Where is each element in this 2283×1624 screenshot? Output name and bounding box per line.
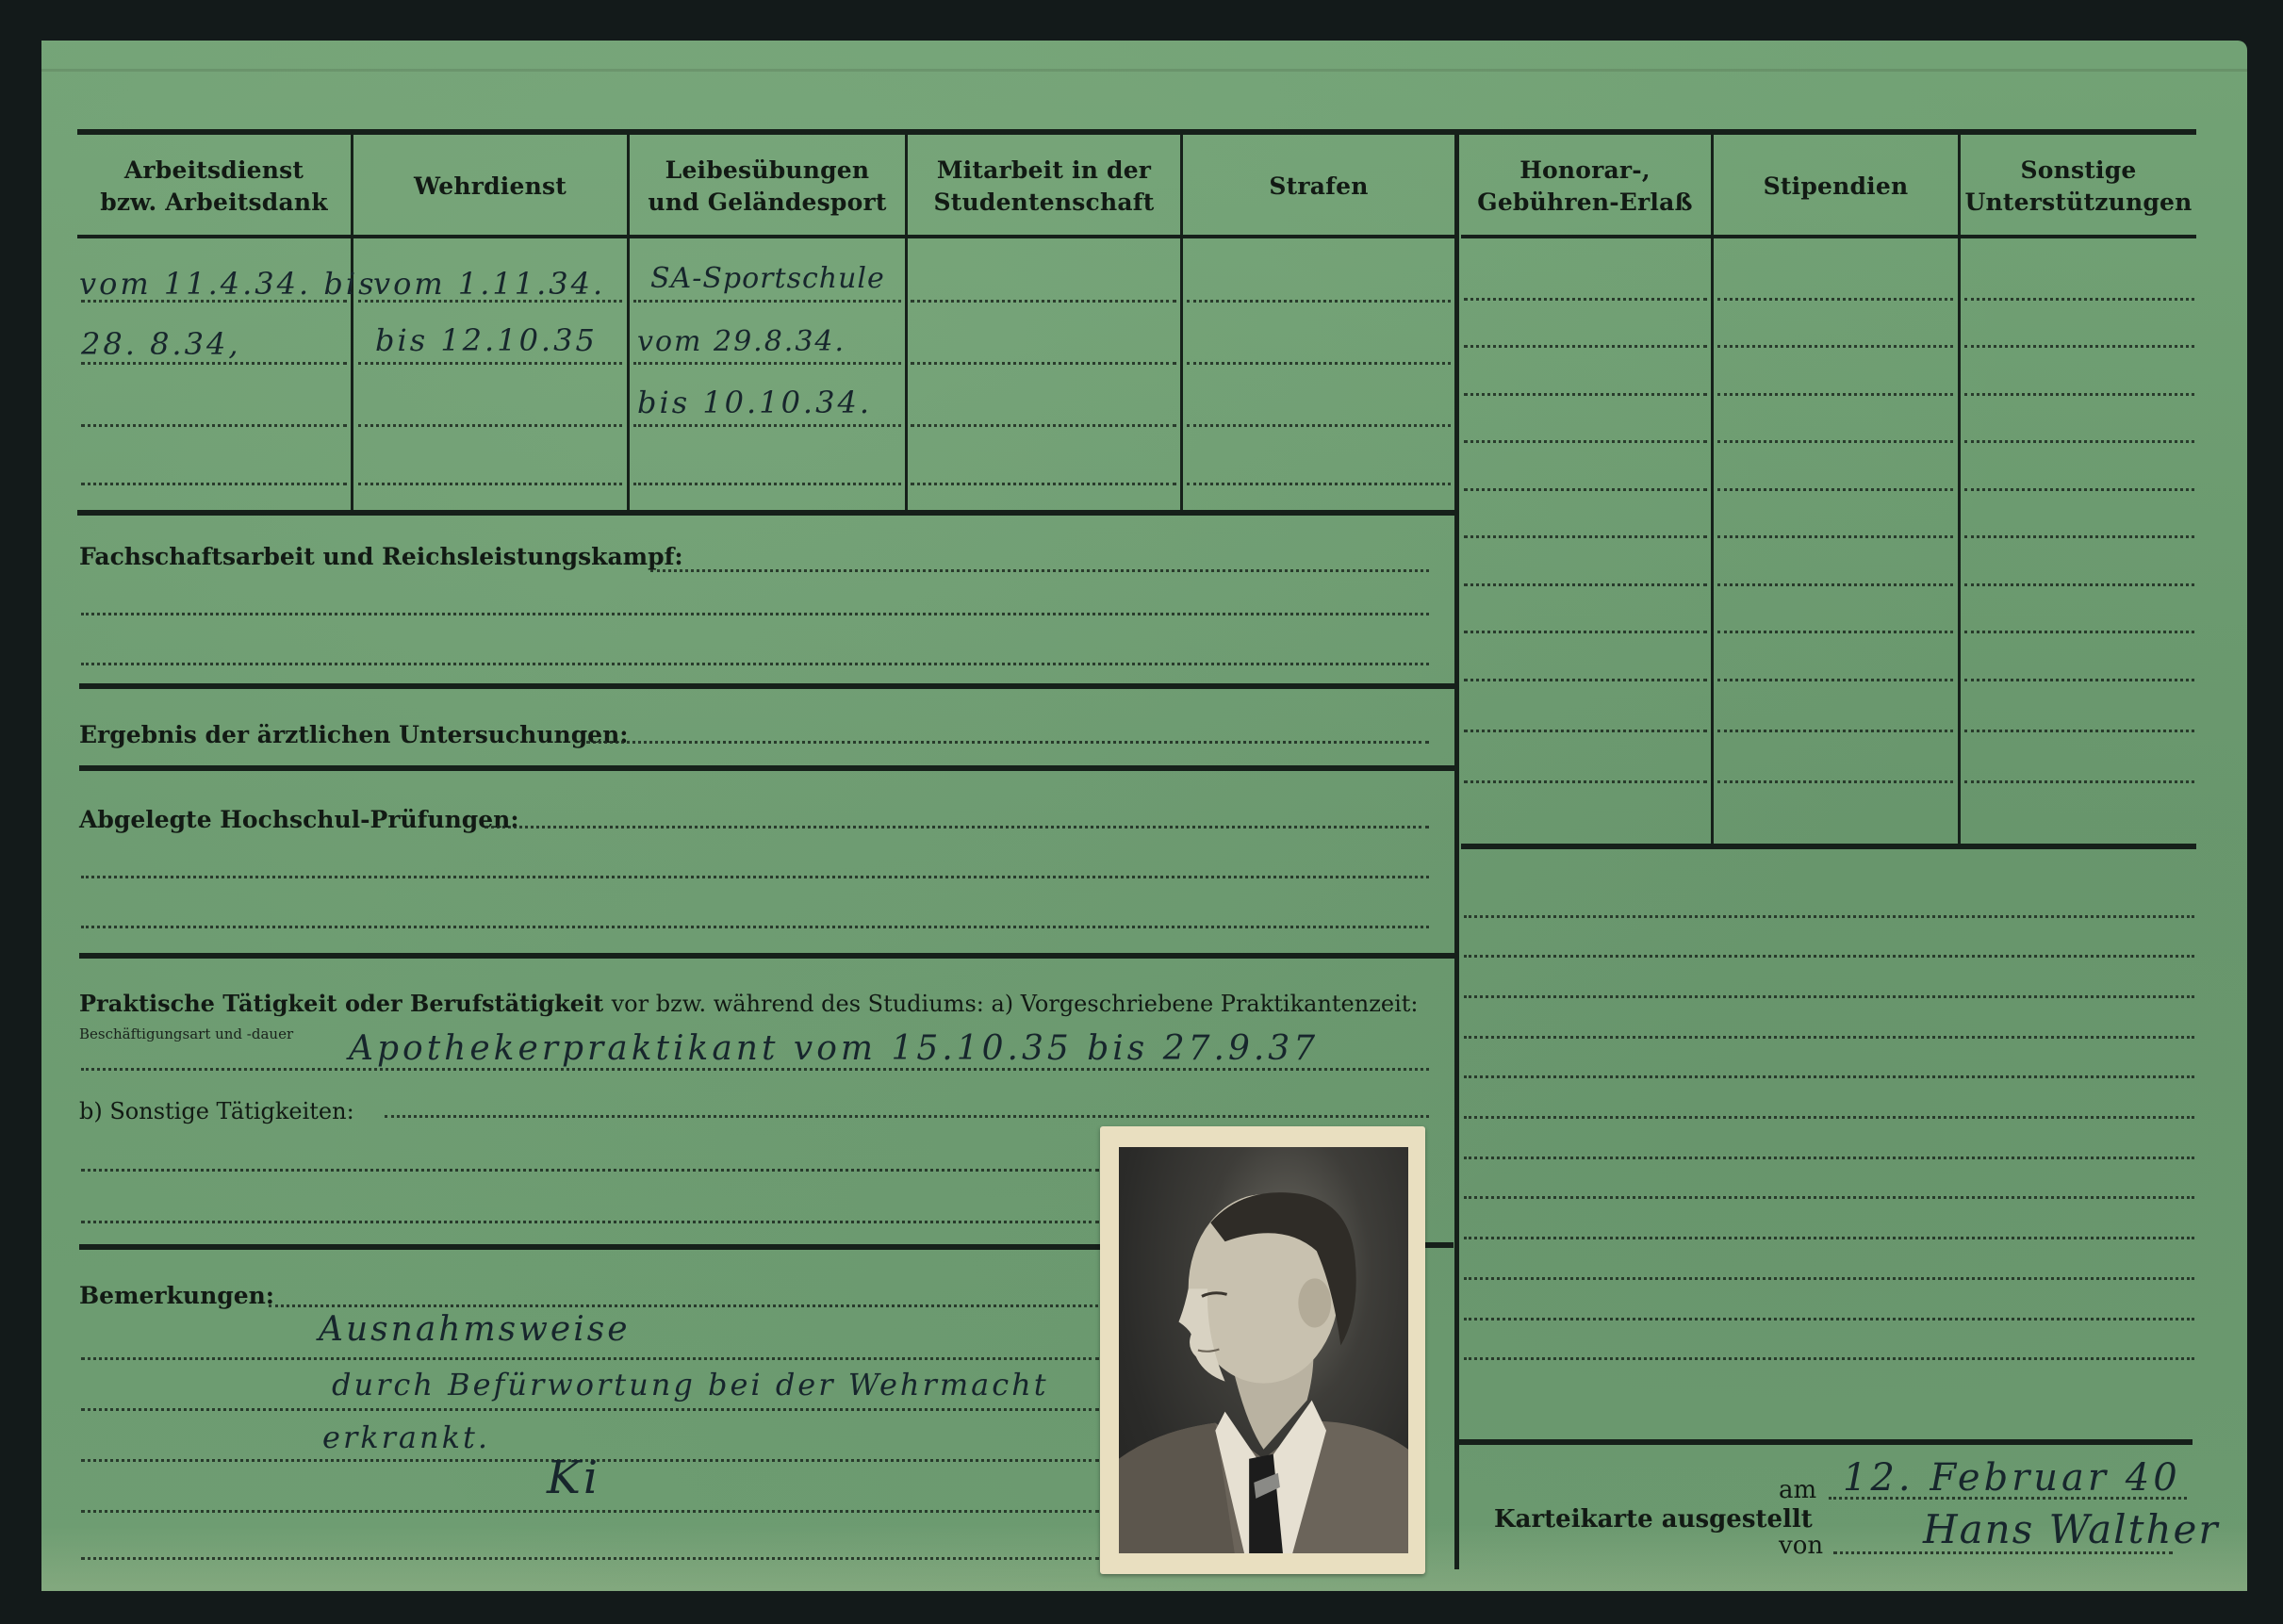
dotted-line [633, 362, 901, 365]
pruefungen-field-line[interactable] [485, 826, 1429, 828]
dotted-line [1464, 440, 1707, 443]
dotted-line [1717, 345, 1953, 348]
dotted-line [1464, 1156, 2194, 1159]
dotted-line [1464, 345, 1707, 348]
bemerkungen-field-line[interactable] [81, 1510, 1099, 1513]
header-stipendien: Stipendien [1714, 139, 1958, 234]
dotted-line [1464, 1237, 2194, 1239]
dotted-line [1464, 535, 1707, 538]
header-line: Leibesübungen [665, 156, 870, 184]
dotted-line [1964, 298, 2194, 301]
aerztlich-field-line[interactable] [586, 741, 1429, 744]
dotted-line [1464, 780, 1707, 783]
dotted-line [1717, 679, 1953, 681]
dotted-line [1464, 1075, 2194, 1078]
dotted-line [1964, 488, 2194, 491]
dotted-line [911, 300, 1176, 303]
header-line: Wehrdienst [414, 171, 567, 203]
dotted-line [1964, 631, 2194, 633]
header-line: bzw. Arbeitsdank [100, 189, 328, 216]
label-hochschul-pruefungen: Abgelegte Hochschul-Prüfungen: [79, 806, 519, 833]
label-von: von [1779, 1532, 1823, 1560]
entry-leibesuebungen-line1: SA-Sportschule [650, 262, 885, 295]
dotted-line [1717, 535, 1953, 538]
header-line: Honorar-, [1519, 156, 1651, 184]
table-top-rule [77, 129, 1457, 135]
dotted-line [1717, 440, 1953, 443]
bemerkungen-line-3: erkrankt. [322, 1419, 490, 1455]
value-praktikantenzeit: Apothekerpraktikant vom 15.10.35 bis 27.… [349, 1029, 1319, 1068]
dotted-line [1464, 298, 1707, 301]
header-honorar: Honorar-,Gebühren-Erlaß [1459, 139, 1711, 234]
dotted-line [1964, 780, 2194, 783]
issued-top-rule [1459, 1439, 2193, 1445]
header-line: Strafen [1269, 171, 1368, 203]
header-line: Gebühren-Erlaß [1477, 189, 1692, 216]
bemerkungen-line-1: Ausnahmsweise [319, 1310, 631, 1349]
bemerkungen-field-line[interactable] [81, 1408, 1099, 1411]
dotted-line [1464, 1036, 2194, 1039]
dotted-line [1187, 300, 1451, 303]
section-rule [79, 765, 1455, 771]
dotted-line [1187, 483, 1451, 485]
dotted-line [1717, 488, 1953, 491]
label-rest-part: vor bzw. während des Studiums: a) Vorges… [612, 991, 1419, 1017]
header-line: Stipendien [1764, 171, 1909, 203]
portrait-photo [1100, 1126, 1425, 1574]
value-issued-date: 12. Februar 40 [1843, 1456, 2181, 1500]
dotted-line [1717, 780, 1953, 783]
dotted-line [81, 483, 347, 485]
dotted-line [1964, 535, 2194, 538]
entry-arbeitsdienst-line2: 28. 8.34, [81, 326, 240, 362]
dotted-line [1464, 1357, 2194, 1360]
sonstige-field-line[interactable] [385, 1115, 1429, 1118]
dotted-line [358, 362, 622, 365]
bemerkungen-field-line[interactable] [81, 1357, 1099, 1360]
entry-wehrdienst-line1: vom 1.11.34. [373, 266, 605, 302]
pruefungen-field-line[interactable] [81, 876, 1429, 878]
label-bold-part: Praktische Tätigkeit oder Berufstätigkei… [79, 990, 603, 1017]
dotted-line [1464, 631, 1707, 633]
dotted-line [358, 424, 622, 427]
label-sonstige-taetigkeiten: b) Sonstige Tätigkeiten: [79, 1098, 354, 1124]
entry-wehrdienst-line2: bis 12.10.35 [375, 322, 598, 358]
dotted-line [1464, 488, 1707, 491]
header-line: Mitarbeit in der [937, 156, 1151, 184]
label-aerztliche-untersuchungen: Ergebnis der ärztlichen Untersuchungen: [79, 721, 629, 748]
header-arbeitsdienst: Arbeitsdienstbzw. Arbeitsdank [77, 139, 351, 234]
col-divider [1958, 132, 1961, 845]
dotted-line [1464, 393, 1707, 396]
portrait-illustration [1119, 1147, 1408, 1553]
label-am: am [1779, 1476, 1816, 1504]
dotted-line [1187, 362, 1451, 365]
fachschaft-field-line[interactable] [650, 569, 1429, 572]
section-rule [79, 1244, 1100, 1250]
dotted-line [911, 483, 1176, 485]
header-line: Unterstützungen [1964, 189, 2192, 216]
dotted-line [1464, 730, 1707, 732]
dotted-line [1464, 955, 2194, 958]
dotted-line [1464, 679, 1707, 681]
table-top-rule-right [1457, 129, 2196, 135]
value-issued-by-signature: Hans Walther [1923, 1506, 2219, 1552]
dotted-line [1464, 915, 2194, 918]
dotted-line [1464, 1318, 2194, 1321]
fachschaft-field-line[interactable] [81, 613, 1429, 615]
dotted-line [81, 362, 347, 365]
card-fold-crease [41, 69, 2247, 72]
dotted-line [1464, 1277, 2194, 1280]
label-bemerkungen: Bemerkungen: [79, 1282, 274, 1309]
dotted-line [1717, 730, 1953, 732]
label-fachschaftsarbeit: Fachschaftsarbeit und Reichsleistungskam… [79, 543, 683, 570]
table-bottom-rule [77, 510, 1457, 516]
bemerkungen-line-2: durch Befürwortung bei der Wehrmacht [332, 1367, 1049, 1403]
dotted-line [1464, 1196, 2194, 1199]
main-vertical-divider [1454, 132, 1459, 1569]
dotted-line [633, 483, 901, 485]
dotted-line [1717, 393, 1953, 396]
label-praktische-taetigkeit: Praktische Tätigkeit oder Berufstätigkei… [79, 990, 1418, 1017]
entry-arbeitsdienst-line1: vom 11.4.34. bis [79, 266, 376, 302]
col-divider [1711, 132, 1714, 845]
header-mitarbeit: Mitarbeit in derStudentenschaft [908, 139, 1180, 234]
bemerkungen-initials: Ki [547, 1452, 600, 1504]
right-table-bottom-rule [1461, 844, 2196, 849]
dotted-line [1964, 730, 2194, 732]
section-rule-stub [1425, 1242, 1454, 1248]
sonstige-field-line[interactable] [81, 1169, 1099, 1172]
praktisch-field-line[interactable] [81, 1068, 1429, 1071]
dotted-line [1187, 424, 1451, 427]
entry-leibesuebungen-line2: vom 29.8.34. [637, 325, 846, 358]
dotted-line [1964, 583, 2194, 586]
bemerkungen-field-line[interactable] [269, 1304, 1098, 1307]
header-line: Arbeitsdienst [124, 156, 304, 184]
bemerkungen-field-line[interactable] [81, 1557, 1099, 1560]
header-sonstige-unterstuetzungen: SonstigeUnterstützungen [1961, 139, 2196, 234]
dotted-line [1717, 298, 1953, 301]
dotted-line [1964, 440, 2194, 443]
section-rule [79, 953, 1455, 959]
portrait-image [1119, 1147, 1408, 1553]
entry-leibesuebungen-line3: bis 10.10.34. [637, 385, 872, 420]
dotted-line [633, 424, 901, 427]
header-line: Studentenschaft [934, 189, 1155, 216]
header-bottom-rule-right [1461, 235, 2196, 238]
section-rule [79, 683, 1455, 689]
dotted-line [81, 424, 347, 427]
header-line: Sonstige [2020, 156, 2136, 184]
header-strafen: Strafen [1183, 139, 1454, 234]
dotted-line [1964, 679, 2194, 681]
header-leibesuebungen: Leibesübungenund Geländesport [630, 139, 905, 234]
header-bottom-rule [77, 235, 1457, 238]
dotted-line [1717, 631, 1953, 633]
dotted-line [1964, 345, 2194, 348]
dotted-line [633, 300, 901, 303]
dotted-line [911, 424, 1176, 427]
label-karteikarte-ausgestellt: Karteikarte ausgestellt [1494, 1505, 1813, 1534]
label-beschaeftigungsart: Beschäftigungsart und -dauer [79, 1025, 293, 1042]
pruefungen-field-line[interactable] [81, 926, 1429, 928]
dotted-line [1464, 1116, 2194, 1119]
dotted-line [358, 483, 622, 485]
fachschaft-field-line[interactable] [81, 663, 1429, 665]
header-wehrdienst: Wehrdienst [353, 139, 627, 234]
header-line: und Geländesport [648, 189, 886, 216]
dotted-line [1717, 583, 1953, 586]
dotted-line [1464, 583, 1707, 586]
dotted-line [1964, 393, 2194, 396]
dotted-line [1464, 995, 2194, 998]
sonstige-field-line[interactable] [81, 1221, 1099, 1223]
dotted-line [911, 362, 1176, 365]
